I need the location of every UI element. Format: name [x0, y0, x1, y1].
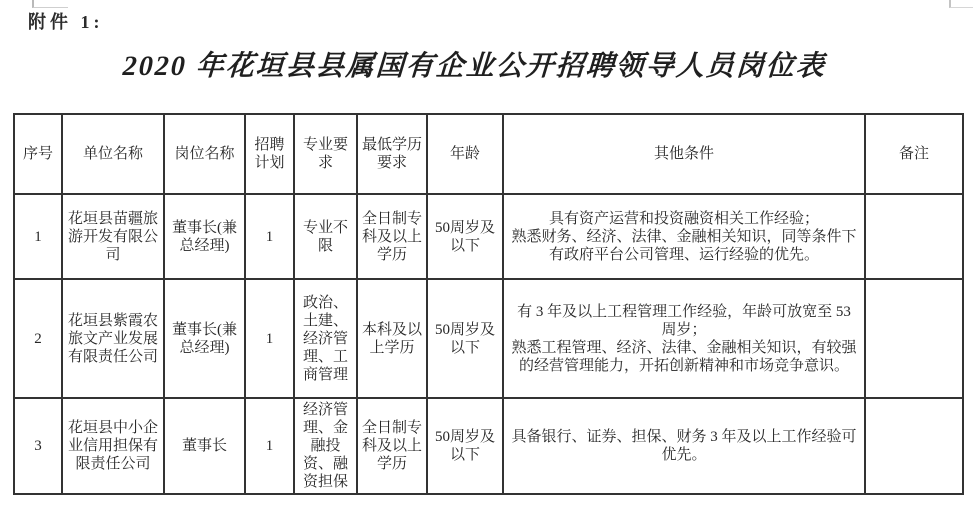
- cell-position: 董事长(兼总经理): [164, 279, 245, 398]
- table-row: 3 花垣县中小企业信用担保有限责任公司 董事长 1 经济管理、金融投资、融资担保…: [14, 398, 963, 494]
- cell-plan: 1: [245, 194, 294, 279]
- cell-age: 50周岁及以下: [427, 398, 503, 494]
- header-cell-no: 序号: [14, 114, 62, 194]
- scan-artifact-left: [32, 0, 68, 8]
- cell-plan: 1: [245, 398, 294, 494]
- header-cell-other: 其他条件: [503, 114, 865, 194]
- positions-table: 序号 单位名称 岗位名称 招聘计划 专业要求 最低学历要求 年龄 其他条件 备注…: [13, 113, 964, 495]
- attachment-label: 附件 1:: [28, 8, 104, 34]
- cell-other-conditions: 具有资产运营和投资融资相关工作经验； 熟悉财务、经济、法律、金融相关知识，同等条…: [503, 194, 865, 279]
- header-cell-education: 最低学历要求: [357, 114, 427, 194]
- cell-unit-name: 花垣县苗疆旅游开发有限公司: [62, 194, 164, 279]
- cell-plan: 1: [245, 279, 294, 398]
- table-row: 1 花垣县苗疆旅游开发有限公司 董事长(兼总经理) 1 专业不限 全日制专科及以…: [14, 194, 963, 279]
- header-cell-major: 专业要求: [294, 114, 357, 194]
- table-header-row: 序号 单位名称 岗位名称 招聘计划 专业要求 最低学历要求 年龄 其他条件 备注: [14, 114, 963, 194]
- cell-education: 本科及以上学历: [357, 279, 427, 398]
- document-page: 附件 1: 2020 年花垣县县属国有企业公开招聘领导人员岗位表 序号 单位名称…: [0, 0, 979, 508]
- cell-major: 专业不限: [294, 194, 357, 279]
- cell-other-conditions: 具备银行、证券、担保、财务 3 年及以上工作经验可优先。: [503, 398, 865, 494]
- cell-remark: [865, 398, 963, 494]
- cell-no: 3: [14, 398, 62, 494]
- cell-education: 全日制专科及以上学历: [357, 194, 427, 279]
- header-cell-unit: 单位名称: [62, 114, 164, 194]
- cell-no: 1: [14, 194, 62, 279]
- page-title: 2020 年花垣县县属国有企业公开招聘领导人员岗位表: [0, 44, 950, 84]
- cell-education: 全日制专科及以上学历: [357, 398, 427, 494]
- cell-position: 董事长: [164, 398, 245, 494]
- cell-other-conditions: 有 3 年及以上工程管理工作经验，年龄可放宽至 53 周岁； 熟悉工程管理、经济…: [503, 279, 865, 398]
- cell-age: 50周岁及以下: [427, 279, 503, 398]
- table-row: 2 花垣县紫霞农旅文产业发展有限责任公司 董事长(兼总经理) 1 政治、土建、经…: [14, 279, 963, 398]
- cell-major: 经济管理、金融投资、融资担保: [294, 398, 357, 494]
- cell-remark: [865, 194, 963, 279]
- cell-major: 政治、土建、经济管理、工商管理: [294, 279, 357, 398]
- cell-position: 董事长(兼总经理): [164, 194, 245, 279]
- header-cell-plan: 招聘计划: [245, 114, 294, 194]
- header-cell-remark: 备注: [865, 114, 963, 194]
- cell-unit-name: 花垣县中小企业信用担保有限责任公司: [62, 398, 164, 494]
- scan-artifact-right: [949, 0, 973, 8]
- cell-age: 50周岁及以下: [427, 194, 503, 279]
- cell-remark: [865, 279, 963, 398]
- cell-no: 2: [14, 279, 62, 398]
- header-cell-position: 岗位名称: [164, 114, 245, 194]
- header-cell-age: 年龄: [427, 114, 503, 194]
- cell-unit-name: 花垣县紫霞农旅文产业发展有限责任公司: [62, 279, 164, 398]
